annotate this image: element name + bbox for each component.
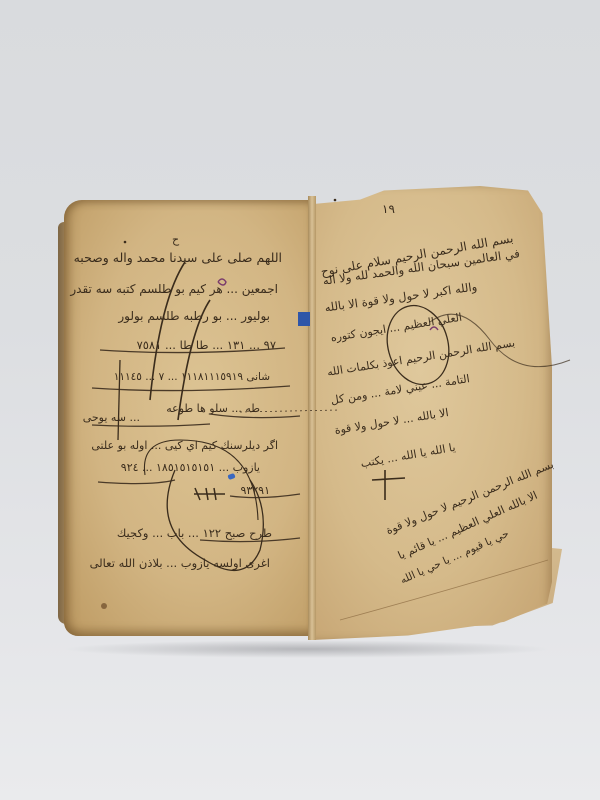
manuscript-photo: ١٩ ح اللهم صلى على سيدنا محمد واله وصحبه…	[0, 0, 600, 800]
ink-drawings	[0, 0, 600, 800]
